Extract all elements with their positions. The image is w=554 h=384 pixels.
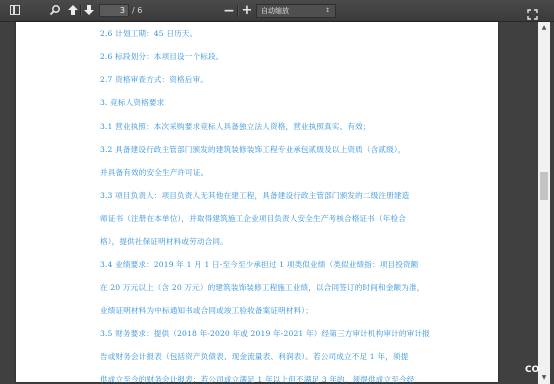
doc-line: 告或财务会计报表（包括资产负债表、现金流量表、利润表）。若公司成立不足 1 年，… — [100, 351, 408, 362]
doc-line: 3.3 项目负责人：项目负责人无其他在建工程，具备建设行政主管部门颁发的二级注册… — [100, 190, 409, 201]
fullscreen-icon[interactable] — [527, 5, 538, 16]
doc-line: 并具备有效的安全生产许可证。 — [100, 167, 208, 178]
pdf-toolbar: 3 / 6 − + 自动缩放 ↕ — [0, 0, 554, 22]
doc-line: 业绩证明材料为中标通知书或合同或竣工验收备案证明材料）； — [100, 305, 313, 316]
doc-line: 2.6 计划工期：45 日历天。 — [100, 28, 197, 39]
doc-line: 3.1 营业执照：本次采购要求竞标人具备独立法人资格，营业执照真实、有效； — [100, 121, 371, 132]
doc-line: 2.7 资格审查方式：资格后审。 — [100, 74, 208, 85]
page-total-label: / 6 — [132, 5, 142, 17]
doc-line: 3.5 财务要求：提供（2018 年-2020 年或 2019 年-2021 年… — [100, 328, 430, 339]
scroll-thumb[interactable] — [540, 172, 548, 200]
doc-line: 供成立至今的财务会计报表；若公司成立满足 1 年以上但不满足 3 年的，须提供成… — [100, 374, 414, 384]
zoom-out-button[interactable]: − — [222, 4, 236, 18]
doc-line: 3. 竞标人资格要求 — [100, 97, 164, 108]
doc-line: 格），提供社保证明材料或劳动合同。 — [100, 236, 228, 247]
zoom-select-value: 自动缩放 — [261, 7, 289, 15]
vertical-scrollbar[interactable]: ▲ ▼ — [538, 22, 550, 384]
arrow-down-icon[interactable] — [82, 4, 96, 18]
sidebar-toggle-icon[interactable] — [10, 5, 20, 15]
doc-line: 2.6 标段划分：本项目设一个标段。 — [100, 51, 224, 62]
page-number-input[interactable]: 3 — [99, 4, 129, 17]
doc-line: 在 20 万元以上（含 20 万元）的建筑装饰装修工程施工业绩，以合同签订的时间… — [100, 282, 424, 293]
zoom-select[interactable]: 自动缩放 ↕ — [256, 4, 336, 18]
scroll-up-arrow-icon[interactable]: ▲ — [540, 24, 548, 32]
watermark-text: CO — [525, 365, 539, 375]
doc-line: 3.4 业绩要求：2019 年 1 月 1 日-至今至少承担过 1 项类似业绩（… — [100, 259, 418, 270]
zoom-in-button[interactable]: + — [240, 4, 254, 18]
scroll-down-arrow-icon[interactable]: ▼ — [540, 374, 548, 382]
search-icon[interactable] — [48, 4, 62, 18]
select-arrow-icon: ↕ — [325, 5, 330, 17]
doc-line: 3.2 具备建设行政主管部门颁发的建筑装修装饰工程专业承包贰级及以上资质（含贰级… — [100, 144, 406, 155]
doc-line: 师证书（注册在本单位），并取得建筑施工企业项目负责人安全生产考核合格证书（年检合 — [100, 213, 406, 224]
arrow-up-icon[interactable] — [66, 4, 80, 18]
toolbar-separator — [237, 5, 239, 17]
